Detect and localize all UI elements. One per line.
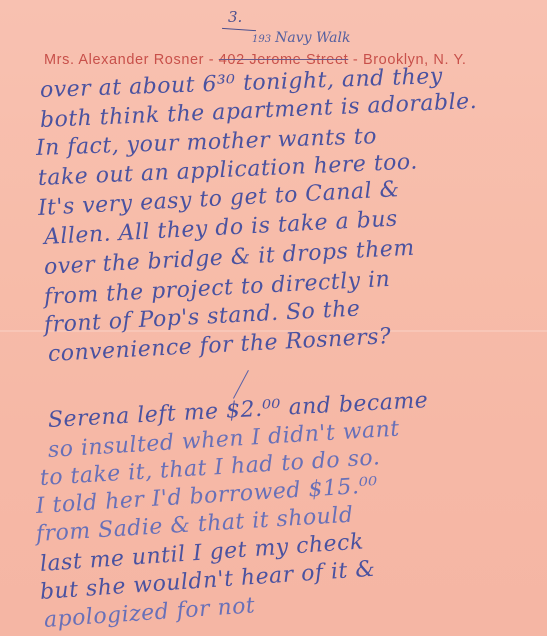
letter-page: 3. 193Navy Walk Mrs. Alexander Rosner - …	[0, 0, 547, 636]
pen-stroke	[233, 370, 249, 399]
letter-body: over at about 6³⁰ tonight, and they both…	[0, 0, 547, 636]
